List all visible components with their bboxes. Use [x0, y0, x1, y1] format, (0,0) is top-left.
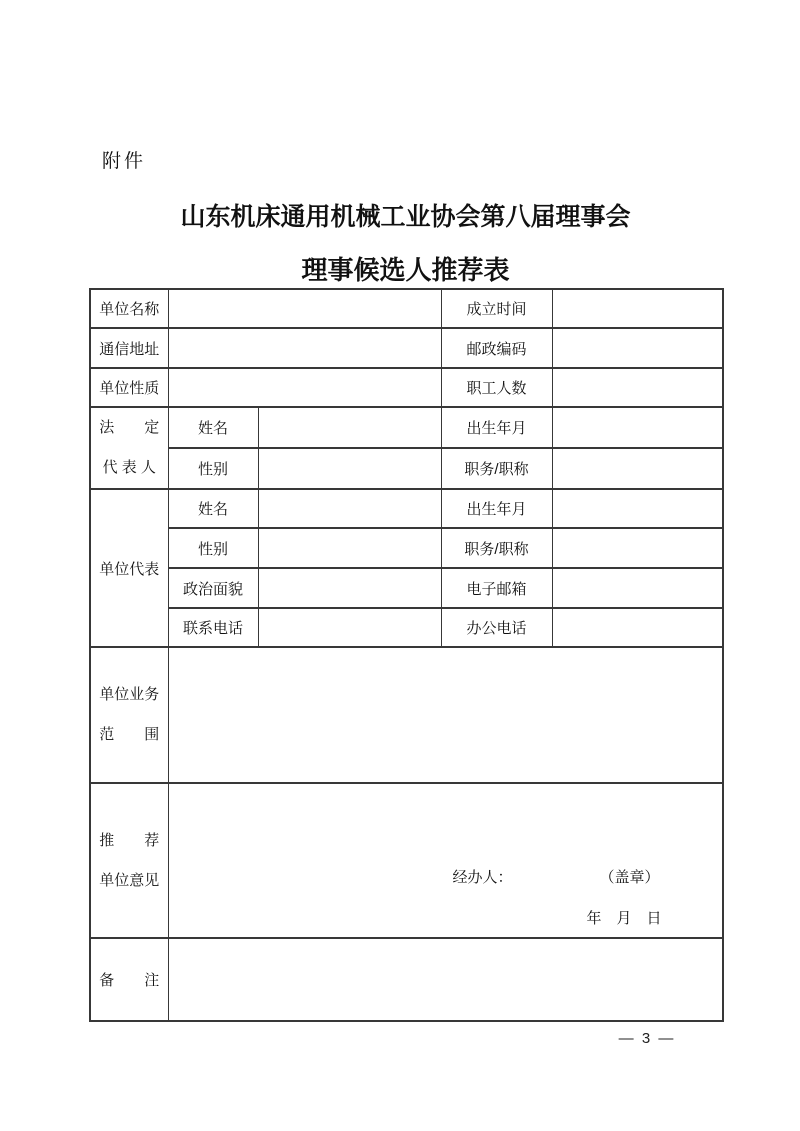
legal-rep-gender-label: 性别: [168, 448, 258, 489]
legal-rep-gender-field: [258, 448, 441, 489]
table-row: 性别 职务/职称: [90, 448, 723, 489]
remarks-label: 备 注: [90, 938, 168, 1021]
document-page: 附件 山东机床通用机械工业协会第八届理事会 理事候选人推荐表 单位名称 成立时间…: [0, 0, 800, 1131]
table-row: 推 荐 单位意见 经办人： （盖章） 年 月 日: [90, 783, 723, 938]
legal-rep-birth-field: [552, 407, 723, 448]
legal-rep-name-label: 姓名: [168, 407, 258, 448]
legal-rep-group-label: 法 定 代 表 人: [90, 407, 168, 489]
legal-rep-title-label: 职务/职称: [441, 448, 552, 489]
unit-rep-gender-label: 性别: [168, 528, 258, 568]
mail-address-field: [168, 328, 441, 368]
business-scope-label-line2: 范 围: [91, 715, 168, 755]
table-row: 单位性质 职工人数: [90, 368, 723, 407]
unit-type-label: 单位性质: [90, 368, 168, 407]
business-scope-label-line1: 单位业务: [91, 675, 168, 715]
unit-rep-politics-label: 政治面貌: [168, 568, 258, 608]
mail-address-label: 通信地址: [90, 328, 168, 368]
handler-label: 经办人：: [453, 866, 513, 887]
table-row: 单位代表 姓名 出生年月: [90, 489, 723, 528]
postcode-field: [552, 328, 723, 368]
recommendation-opinion-field: 经办人： （盖章） 年 月 日: [168, 783, 723, 938]
recommendation-label-line2: 单位意见: [91, 861, 168, 901]
table-row: 联系电话 办公电话: [90, 608, 723, 647]
recommendation-label-line1: 推 荐: [91, 821, 168, 861]
business-scope-field: [168, 647, 723, 783]
document-title: 山东机床通用机械工业协会第八届理事会: [0, 197, 800, 233]
unit-rep-email-label: 电子邮箱: [441, 568, 552, 608]
table-row: 法 定 代 表 人 姓名 出生年月: [90, 407, 723, 448]
unit-rep-email-field: [552, 568, 723, 608]
unit-rep-phone-field: [258, 608, 441, 647]
recommendation-opinion-label: 推 荐 单位意见: [90, 783, 168, 938]
attachment-label: 附件: [102, 146, 146, 173]
postcode-label: 邮政编码: [441, 328, 552, 368]
unit-rep-title-field: [552, 528, 723, 568]
legal-rep-title-field: [552, 448, 723, 489]
table-row: 单位名称 成立时间: [90, 289, 723, 328]
business-scope-label: 单位业务 范 围: [90, 647, 168, 783]
legal-rep-label-line1: 法 定: [91, 408, 168, 448]
table-row: 政治面貌 电子邮箱: [90, 568, 723, 608]
document-subtitle: 理事候选人推荐表: [0, 250, 800, 287]
unit-rep-office-phone-label: 办公电话: [441, 608, 552, 647]
table-row: 通信地址 邮政编码: [90, 328, 723, 368]
unit-rep-phone-label: 联系电话: [168, 608, 258, 647]
date-label: 年 月 日: [587, 907, 662, 928]
unit-rep-group-label: 单位代表: [90, 489, 168, 647]
recommendation-form-table: 单位名称 成立时间 通信地址 邮政编码 单位性质 职工人数 法 定: [89, 288, 724, 1022]
unit-rep-gender-field: [258, 528, 441, 568]
unit-name-label: 单位名称: [90, 289, 168, 328]
unit-type-field: [168, 368, 441, 407]
legal-rep-name-field: [258, 407, 441, 448]
founded-time-field: [552, 289, 723, 328]
unit-rep-birth-field: [552, 489, 723, 528]
unit-name-field: [168, 289, 441, 328]
table-row: 备 注: [90, 938, 723, 1021]
table-row: 性别 职务/职称: [90, 528, 723, 568]
remarks-field: [168, 938, 723, 1021]
unit-rep-birth-label: 出生年月: [441, 489, 552, 528]
seal-label: （盖章）: [600, 866, 660, 887]
unit-rep-name-label: 姓名: [168, 489, 258, 528]
unit-rep-name-field: [258, 489, 441, 528]
table-row: 单位业务 范 围: [90, 647, 723, 783]
unit-rep-title-label: 职务/职称: [441, 528, 552, 568]
unit-rep-politics-field: [258, 568, 441, 608]
staff-count-label: 职工人数: [441, 368, 552, 407]
staff-count-field: [552, 368, 723, 407]
page-number: — 3 —: [607, 1030, 687, 1047]
unit-rep-office-phone-field: [552, 608, 723, 647]
legal-rep-birth-label: 出生年月: [441, 407, 552, 448]
founded-time-label: 成立时间: [441, 289, 552, 328]
legal-rep-label-line2: 代 表 人: [91, 448, 168, 488]
